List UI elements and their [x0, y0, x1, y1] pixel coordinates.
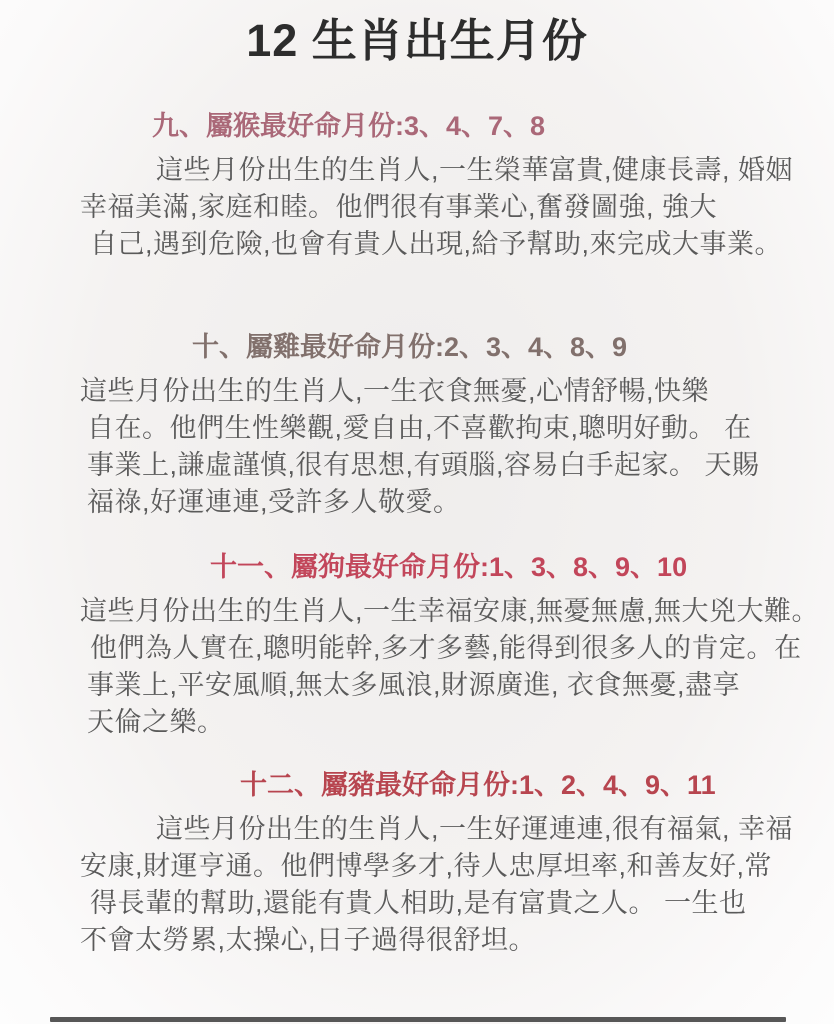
- paragraph-line: 他們為人實在,聰明能幹,多才多藝,能得到很多人的肯定。在: [80, 630, 770, 667]
- section-monkey-paragraph: 這些月份出生的生肖人,一生榮華富貴,健康長壽, 婚姻 幸福美滿,家庭和睦。他們很…: [80, 152, 770, 263]
- paragraph-line: 得長輩的幫助,還能有貴人相助,是有富貴之人。 一生也: [80, 885, 770, 922]
- paragraph-line: 幸福美滿,家庭和睦。他們很有事業心,奮發圖強, 強大: [80, 189, 770, 226]
- paragraph-line: 事業上,謙虛謹慎,很有思想,有頭腦,容易白手起家。 天賜: [80, 447, 770, 484]
- paragraph-line: 自在。他們生性樂觀,愛自由,不喜歡拘束,聰明好動。 在: [80, 410, 770, 447]
- paragraph-line: 不會太勞累,太操心,日子過得很舒坦。: [80, 922, 770, 959]
- section-dog-heading: 十一、屬狗最好命月份:1、3、8、9、10: [80, 549, 770, 585]
- paragraph-line: 天倫之樂。: [80, 704, 770, 741]
- section-dog: 十一、屬狗最好命月份:1、3、8、9、10 這些月份出生的生肖人,一生幸福安康,…: [80, 549, 770, 741]
- bottom-divider-bar: [50, 1017, 786, 1022]
- zodiac-months-page: 12 生肖出生月份 九、屬猴最好命月份:3、4、7、8 這些月份出生的生肖人,一…: [0, 0, 834, 1024]
- section-monkey-heading: 九、屬猴最好命月份:3、4、7、8: [80, 108, 770, 144]
- section-pig: 十二、屬豬最好命月份:1、2、4、9、11 這些月份出生的生肖人,一生好運連連,…: [80, 767, 770, 959]
- page-title: 12 生肖出生月份: [0, 0, 834, 72]
- paragraph-line: 這些月份出生的生肖人,一生好運連連,很有福氣, 幸福: [80, 811, 770, 848]
- section-dog-paragraph: 這些月份出生的生肖人,一生幸福安康,無憂無慮,無大兇大難。 他們為人實在,聰明能…: [80, 593, 770, 741]
- paragraph-line: 自己,遇到危險,也會有貴人出現,給予幫助,來完成大事業。: [80, 226, 770, 263]
- section-pig-paragraph: 這些月份出生的生肖人,一生好運連連,很有福氣, 幸福 安康,財運亨通。他們博學多…: [80, 811, 770, 959]
- paragraph-line: 事業上,平安風順,無太多風浪,財源廣進, 衣食無憂,盡享: [80, 667, 770, 704]
- section-pig-heading: 十二、屬豬最好命月份:1、2、4、9、11: [80, 767, 770, 803]
- paragraph-line: 這些月份出生的生肖人,一生榮華富貴,健康長壽, 婚姻: [80, 152, 770, 189]
- paragraph-line: 福祿,好運連連,受許多人敬愛。: [80, 484, 770, 521]
- section-rooster-heading: 十、屬雞最好命月份:2、3、4、8、9: [80, 329, 770, 365]
- content-area: 九、屬猴最好命月份:3、4、7、8 這些月份出生的生肖人,一生榮華富貴,健康長壽…: [80, 108, 770, 959]
- paragraph-line: 安康,財運亨通。他們博學多才,待人忠厚坦率,和善友好,常: [80, 848, 770, 885]
- section-monkey: 九、屬猴最好命月份:3、4、7、8 這些月份出生的生肖人,一生榮華富貴,健康長壽…: [80, 108, 770, 263]
- section-rooster: 十、屬雞最好命月份:2、3、4、8、9 這些月份出生的生肖人,一生衣食無憂,心情…: [80, 329, 770, 521]
- paragraph-line: 這些月份出生的生肖人,一生幸福安康,無憂無慮,無大兇大難。: [80, 593, 770, 630]
- paragraph-line: 這些月份出生的生肖人,一生衣食無憂,心情舒暢,快樂: [80, 373, 770, 410]
- section-rooster-paragraph: 這些月份出生的生肖人,一生衣食無憂,心情舒暢,快樂 自在。他們生性樂觀,愛自由,…: [80, 373, 770, 521]
